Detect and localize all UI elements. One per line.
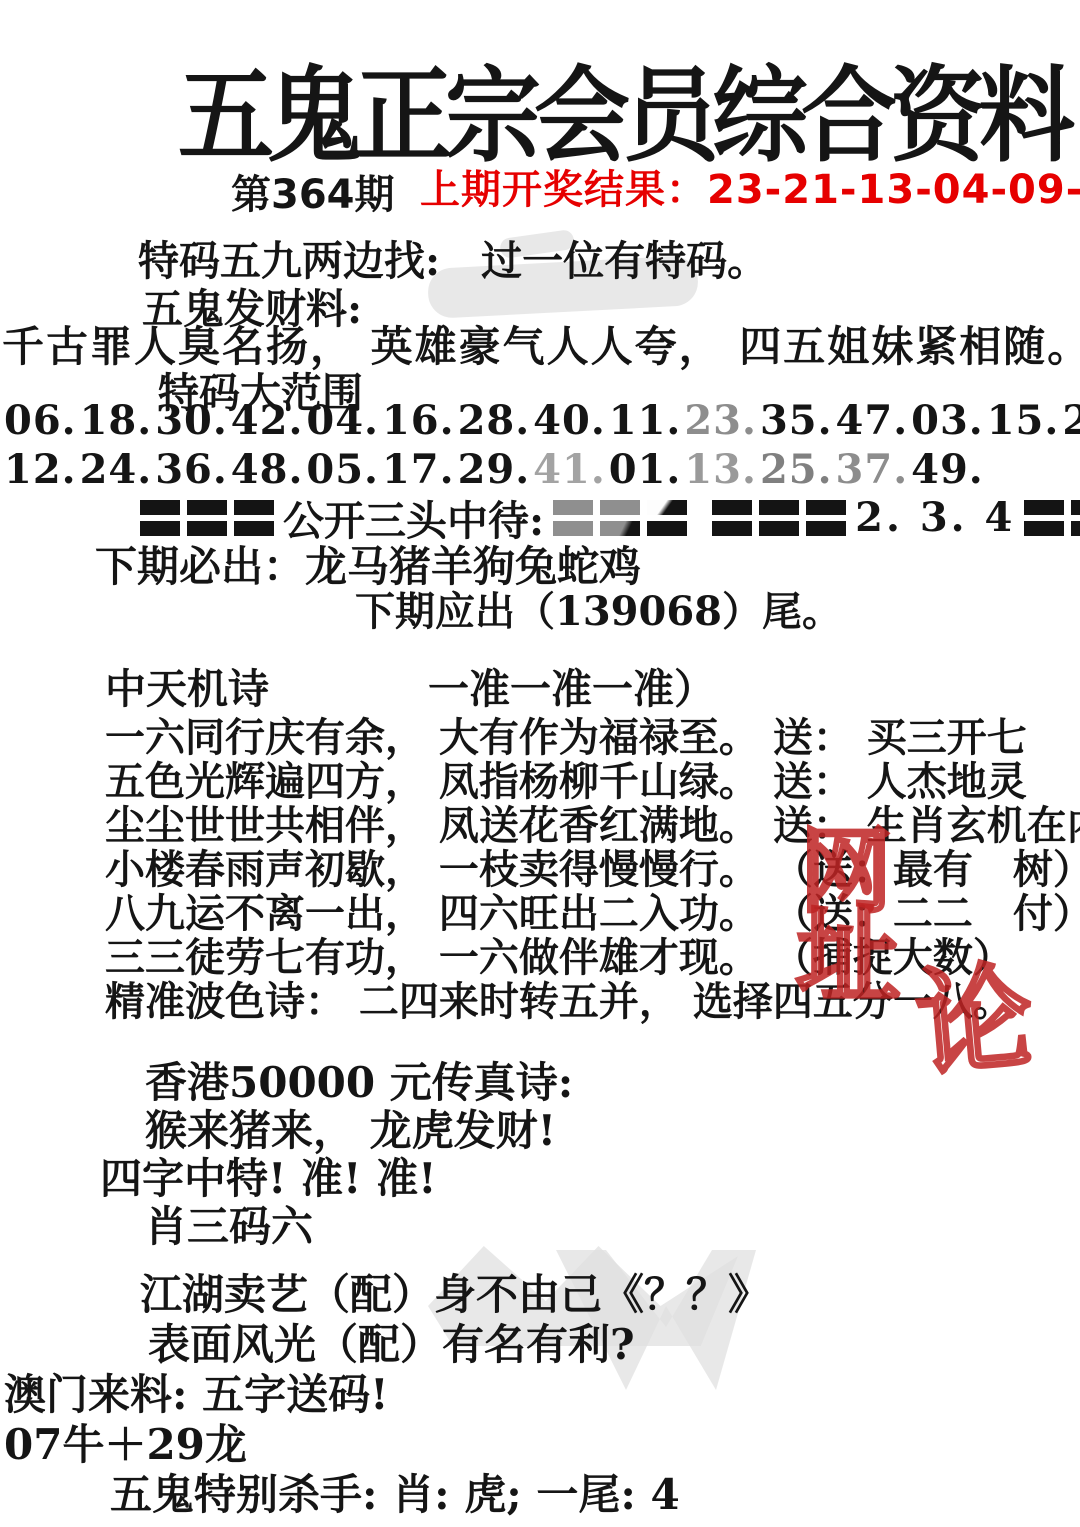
block-group-2 xyxy=(712,500,846,536)
special-number: 01. xyxy=(609,446,682,493)
double-bar-block-icon xyxy=(1071,500,1080,536)
double-bar-block-icon xyxy=(234,500,274,536)
block-bar xyxy=(647,500,687,515)
special-number: 40. xyxy=(533,397,606,444)
special-number: 36. xyxy=(155,446,228,493)
special-number: 13. xyxy=(684,446,757,493)
block-bar xyxy=(1024,500,1064,515)
special-number: 49. xyxy=(911,446,984,493)
double-bar-block-icon xyxy=(712,500,752,536)
special-number: 25. xyxy=(760,446,833,493)
special-number: 11. xyxy=(609,397,682,444)
line-next-should: 下期应出（139068）尾。 xyxy=(355,580,842,637)
double-bar-block-icon xyxy=(759,500,799,536)
lottery-tip-sheet: 五鬼正宗会员综合资料 第364期 上期开奖结果：23-21-13-04-09-1… xyxy=(0,0,1080,1527)
special-number: 28. xyxy=(458,397,531,444)
special-number: 04. xyxy=(306,397,379,444)
special-number: 06. xyxy=(4,397,77,444)
special-number: 35. xyxy=(760,397,833,444)
block-bar xyxy=(1071,500,1080,515)
special-number: 24. xyxy=(80,446,153,493)
block-bar xyxy=(1024,521,1064,536)
double-bar-block-icon xyxy=(187,500,227,536)
block-bar xyxy=(234,500,274,515)
special-number: 18. xyxy=(80,397,153,444)
double-bar-block-icon xyxy=(806,500,846,536)
block-bar xyxy=(600,500,640,515)
block-group-3 xyxy=(1024,500,1080,536)
double-bar-block-icon xyxy=(647,500,687,536)
santou-numbers: 2. 3. 4 xyxy=(855,494,1015,541)
number-row-1: 06.18.30.42.04.16.28.40.11.23.35.47.03.1… xyxy=(4,397,1080,444)
special-number: 42. xyxy=(231,397,304,444)
special-number: 47. xyxy=(836,397,909,444)
line-xiao-san-ma-liu: 肖三码六 xyxy=(145,1194,313,1254)
block-bar xyxy=(140,500,180,515)
double-bar-block-icon xyxy=(600,500,640,536)
block-group-prefix xyxy=(140,500,274,536)
special-number: 27. xyxy=(1062,397,1080,444)
double-bar-block-icon xyxy=(1024,500,1064,536)
block-group-mid xyxy=(553,500,687,536)
double-bar-block-icon xyxy=(553,500,593,536)
issue-number: 第364期 xyxy=(231,163,395,220)
special-number: 17. xyxy=(382,446,455,493)
block-bar xyxy=(712,521,752,536)
number-row-2: 12.24.36.48.05.17.29.41.01.13.25.37.49. xyxy=(4,446,987,493)
special-number: 15. xyxy=(987,397,1060,444)
double-bar-block-icon xyxy=(140,500,180,536)
block-bar xyxy=(759,500,799,515)
special-number: 16. xyxy=(382,397,455,444)
red-seal-char-lun: 论 xyxy=(909,923,1039,1099)
block-bar xyxy=(759,521,799,536)
line-special-killer: 五鬼特别杀手: 肖: 虎; 一尾: 4 xyxy=(110,1462,680,1522)
special-number: 37. xyxy=(836,446,909,493)
block-bar xyxy=(806,500,846,515)
block-bar xyxy=(187,500,227,515)
block-bar xyxy=(712,500,752,515)
block-bar xyxy=(647,521,687,536)
special-number: 41. xyxy=(533,446,606,493)
special-number: 30. xyxy=(155,397,228,444)
special-number: 29. xyxy=(458,446,531,493)
last-draw-result: 上期开奖结果：23-21-13-04-09-15+26 xyxy=(420,158,1080,215)
special-number: 05. xyxy=(306,446,379,493)
red-seal-char-zhi: 址 xyxy=(796,872,900,1022)
special-number: 48. xyxy=(231,446,304,493)
block-bar xyxy=(806,521,846,536)
special-number: 23. xyxy=(684,397,757,444)
block-bar xyxy=(553,500,593,515)
special-number: 12. xyxy=(4,446,77,493)
block-bar xyxy=(1071,521,1080,536)
special-number: 03. xyxy=(911,397,984,444)
